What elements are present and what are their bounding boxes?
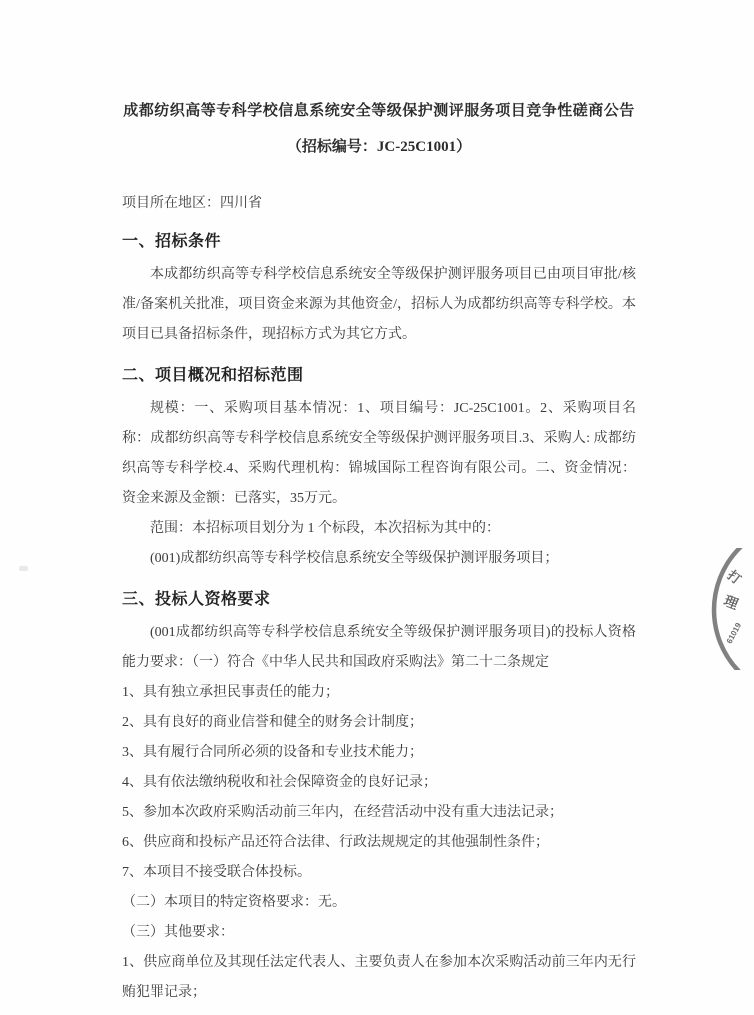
seal-char-top-glyph: 打 bbox=[724, 567, 744, 587]
qualification-item-2: 2、具有良好的商业信誉和健全的财务会计制度； bbox=[122, 708, 636, 738]
qualification-item-7: 7、本项目不接受联合体投标。 bbox=[122, 858, 636, 888]
qualification-item-6: 6、供应商和投标产品还符合法律、行政法规规定的其他强制性条件； bbox=[122, 828, 636, 858]
seal-digits-glyph: 61019 bbox=[725, 621, 744, 645]
qualification-item-1: 1、具有独立承担民事责任的能力； bbox=[122, 678, 636, 708]
paragraph-qualification-intro: (001成都纺织高等专科学校信息系统安全等级保护测评服务项目)的投标人资格能力要… bbox=[122, 618, 636, 678]
seal-char-mid-glyph: 理 bbox=[722, 592, 742, 612]
specific-qualification-line: （二）本项目的特定资格要求：无。 bbox=[122, 888, 636, 918]
section-heading-1: 一、招标条件 bbox=[122, 228, 636, 256]
paragraph-scope: 范围：本招标项目划分为 1 个标段，本次招标为其中的： bbox=[122, 514, 636, 544]
document-body: 成都纺织高等专科学校信息系统安全等级保护测评服务项目竞争性磋商公告 （招标编号：… bbox=[122, 0, 636, 1008]
scanned-document-page: 成都纺织高等专科学校信息系统安全等级保护测评服务项目竞争性磋商公告 （招标编号：… bbox=[0, 0, 754, 1015]
qualification-item-3: 3、具有履行合同所必须的设备和专业技术能力； bbox=[122, 738, 636, 768]
section-heading-2: 二、项目概况和招标范围 bbox=[122, 362, 636, 390]
qualification-item-4: 4、具有依法缴纳税收和社会保障资金的良好记录； bbox=[122, 768, 636, 798]
partial-circular-seal-stamp: 打 理 61019 bbox=[702, 548, 754, 670]
other-requirement-item-1: 1、供应商单位及其现任法定代表人、主要负责人在参加本次采购活动前三年内无行贿犯罪… bbox=[122, 948, 636, 1008]
section-heading-3: 三、投标人资格要求 bbox=[122, 586, 636, 614]
paragraph-lot-001: (001)成都纺织高等专科学校信息系统安全等级保护测评服务项目； bbox=[122, 544, 636, 574]
qualification-item-5: 5、参加本次政府采购活动前三年内，在经营活动中没有重大违法记录； bbox=[122, 798, 636, 828]
tender-number-subtitle: （招标编号：JC-25C1001） bbox=[122, 136, 636, 158]
document-title: 成都纺织高等专科学校信息系统安全等级保护测评服务项目竞争性磋商公告 bbox=[122, 100, 636, 122]
other-requirements-line: （三）其他要求： bbox=[122, 918, 636, 948]
project-region-line: 项目所在地区：四川省 bbox=[122, 192, 636, 216]
scan-artifact bbox=[19, 566, 28, 571]
paragraph-project-overview: 规模：一、采购项目基本情况：1、项目编号：JC-25C1001。2、采购项目名称… bbox=[122, 394, 636, 514]
paragraph-tender-conditions: 本成都纺织高等专科学校信息系统安全等级保护测评服务项目已由项目审批/核准/备案机… bbox=[122, 260, 636, 350]
